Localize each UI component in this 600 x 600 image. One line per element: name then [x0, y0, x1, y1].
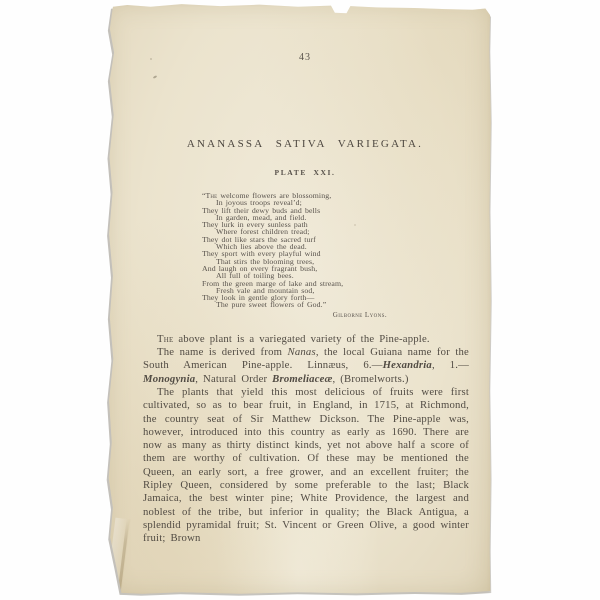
poem: “The welcome flowers are blossoming,In j… — [202, 192, 402, 309]
body-paragraphs: The above plant is a variegated variety … — [143, 333, 469, 546]
paragraph: The above plant is a variegated variety … — [143, 333, 469, 346]
plate-caption: PLATE XXI. — [111, 168, 499, 177]
paragraph: The name is derived from Nanas, the loca… — [143, 346, 469, 386]
poem-line: The pure sweet flowers of God.” — [202, 301, 402, 308]
page-number: 43 — [111, 2, 499, 63]
poem-attribution: Gilborne Lyons. — [202, 311, 402, 319]
chapter-title: ANANASSA SATIVA VARIEGATA. — [111, 138, 499, 150]
paragraph: The plants that yield this most deliciou… — [143, 386, 469, 546]
page-content: 43 ANANASSA SATIVA VARIEGATA. PLATE XXI.… — [111, 2, 499, 546]
photo-background: 43 ANANASSA SATIVA VARIEGATA. PLATE XXI.… — [0, 0, 600, 600]
book-page: 43 ANANASSA SATIVA VARIEGATA. PLATE XXI.… — [104, 2, 492, 597]
